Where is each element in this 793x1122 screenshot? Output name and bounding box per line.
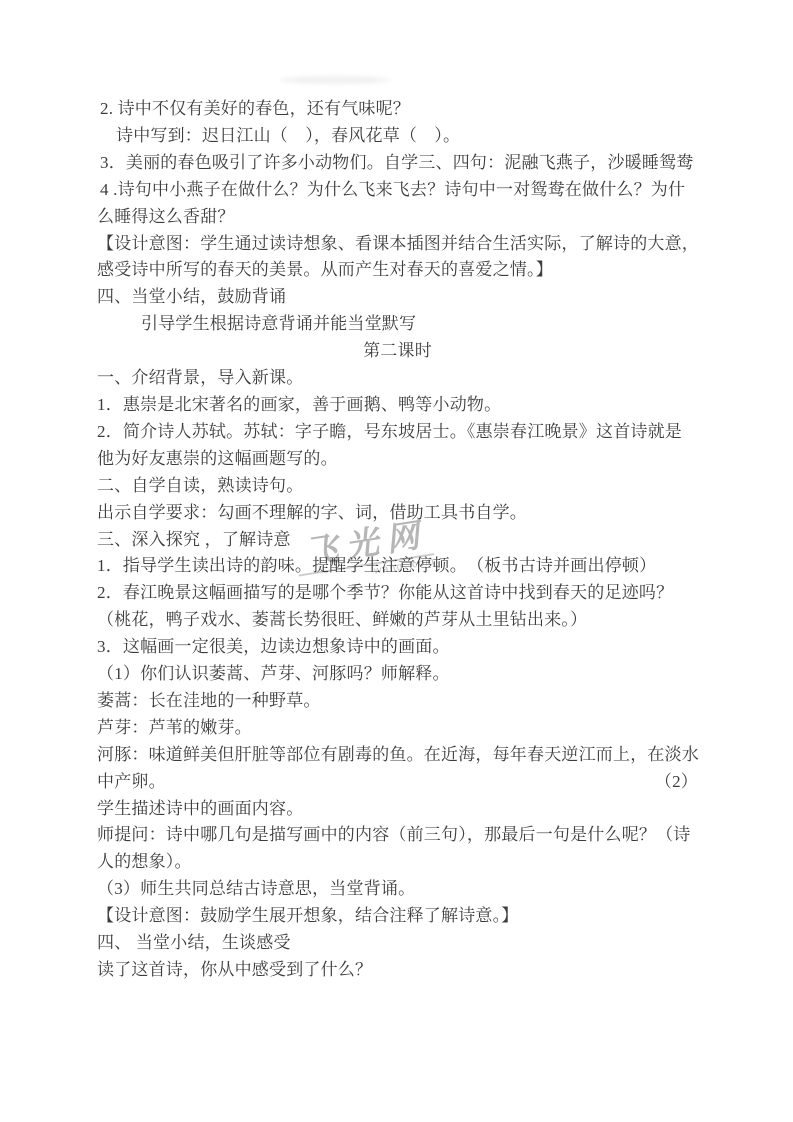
text-line: （桃花，鸭子戏水、萎蒿长势很旺、鲜嫩的芦芽从土里钻出来。） <box>97 607 698 634</box>
text-line: 3．这幅画一定很美，边读边想象诗中的画面。 <box>97 634 698 661</box>
scan-artifact <box>280 76 390 84</box>
text-line: 出示自学要求：勾画不理解的字、词，借助工具书自学。 <box>97 500 698 527</box>
section-heading: 第二课时 <box>97 338 698 365</box>
text-line-content: 中产卵。 <box>97 772 166 791</box>
text-line: 学生描述诗中的画面内容。 <box>97 796 698 823</box>
lesson-plan-text-block: 2. 诗中不仅有美好的春色，还有气味呢？诗中写到：迟日江山（ ），春风花草（ ）… <box>97 96 698 984</box>
text-line: 人的想象）。 <box>97 849 698 876</box>
text-line: 【设计意图：鼓励学生展开想象，结合注释了解诗意。】 <box>97 903 698 930</box>
document-page: 飞光网 wang. com 2. 诗中不仅有美好的春色，还有气味呢？诗中写到：迟… <box>0 0 793 1122</box>
text-line: 一、介绍背景，导入新课。 <box>97 365 698 392</box>
text-line: 感受诗中所写的春天的美景。从而产生对春天的喜爱之情。】 <box>97 257 698 284</box>
text-line: 2．简介诗人苏轼。苏轼：字子瞻，号东坡居士。《惠崇春江晚景》这首诗就是 <box>97 419 698 446</box>
step-marker: （2） <box>655 769 698 796</box>
text-line: 三、深入探究 ，了解诗意 <box>97 527 698 554</box>
text-line: 【设计意图：学生通过读诗想象、看课本插图并结合生活实际，了解诗的大意， <box>97 231 698 258</box>
text-line: 四、 当堂小结，生谈感受 <box>97 930 698 957</box>
text-line: 么睡得这么香甜？ <box>97 204 698 231</box>
text-line: （1）你们认识萎蒿、芦芽、河豚吗？师解释。 <box>97 661 698 688</box>
text-line: 师提问：诗中哪几句是描写画中的内容（前三句），那最后一句是什么呢？（诗 <box>97 822 698 849</box>
text-line: 他为好友惠崇的这幅画题写的。 <box>97 446 698 473</box>
text-line: 引导学生根据诗意背诵并能当堂默写 <box>97 311 698 338</box>
text-line: 3．美丽的春色吸引了许多小动物们。自学三、四句：泥融飞燕子，沙暖睡鸳鸯 <box>97 150 698 177</box>
text-line: 2．春江晚景这幅画描写的是哪个季节？你能从这首诗中找到春天的足迹吗？ <box>97 580 698 607</box>
text-line: 1．惠崇是北宋著名的画家，善于画鹅、鸭等小动物。 <box>97 392 698 419</box>
text-line: （2）中产卵。 <box>97 769 698 796</box>
text-line: 二、自学自读，熟读诗句。 <box>97 473 698 500</box>
text-line: 四、当堂小结，鼓励背诵 <box>97 284 698 311</box>
text-line: 1．指导学生读出诗的韵味。提醒学生注意停顿。 （板书古诗并画出停顿） <box>97 553 698 580</box>
text-line: 诗中写到：迟日江山（ ），春风花草（ ）。 <box>97 123 698 150</box>
text-line: 4 .诗句中小燕子在做什么？为什么飞来飞去？诗句中一对鸳鸯在做什么？为什 <box>97 177 698 204</box>
text-line: 萎蒿：长在洼地的一种野草。 <box>97 688 698 715</box>
text-line: （3）师生共同总结古诗意思，当堂背诵。 <box>97 876 698 903</box>
text-line: 芦芽：芦苇的嫩芽。 <box>97 715 698 742</box>
text-line: 读了这首诗，你从中感受到了什么？ <box>97 957 698 984</box>
text-line: 2. 诗中不仅有美好的春色，还有气味呢？ <box>97 96 698 123</box>
text-line: 河豚：味道鲜美但肝脏等部位有剧毒的鱼。在近海，每年春天逆江而上，在淡水 <box>97 742 698 769</box>
